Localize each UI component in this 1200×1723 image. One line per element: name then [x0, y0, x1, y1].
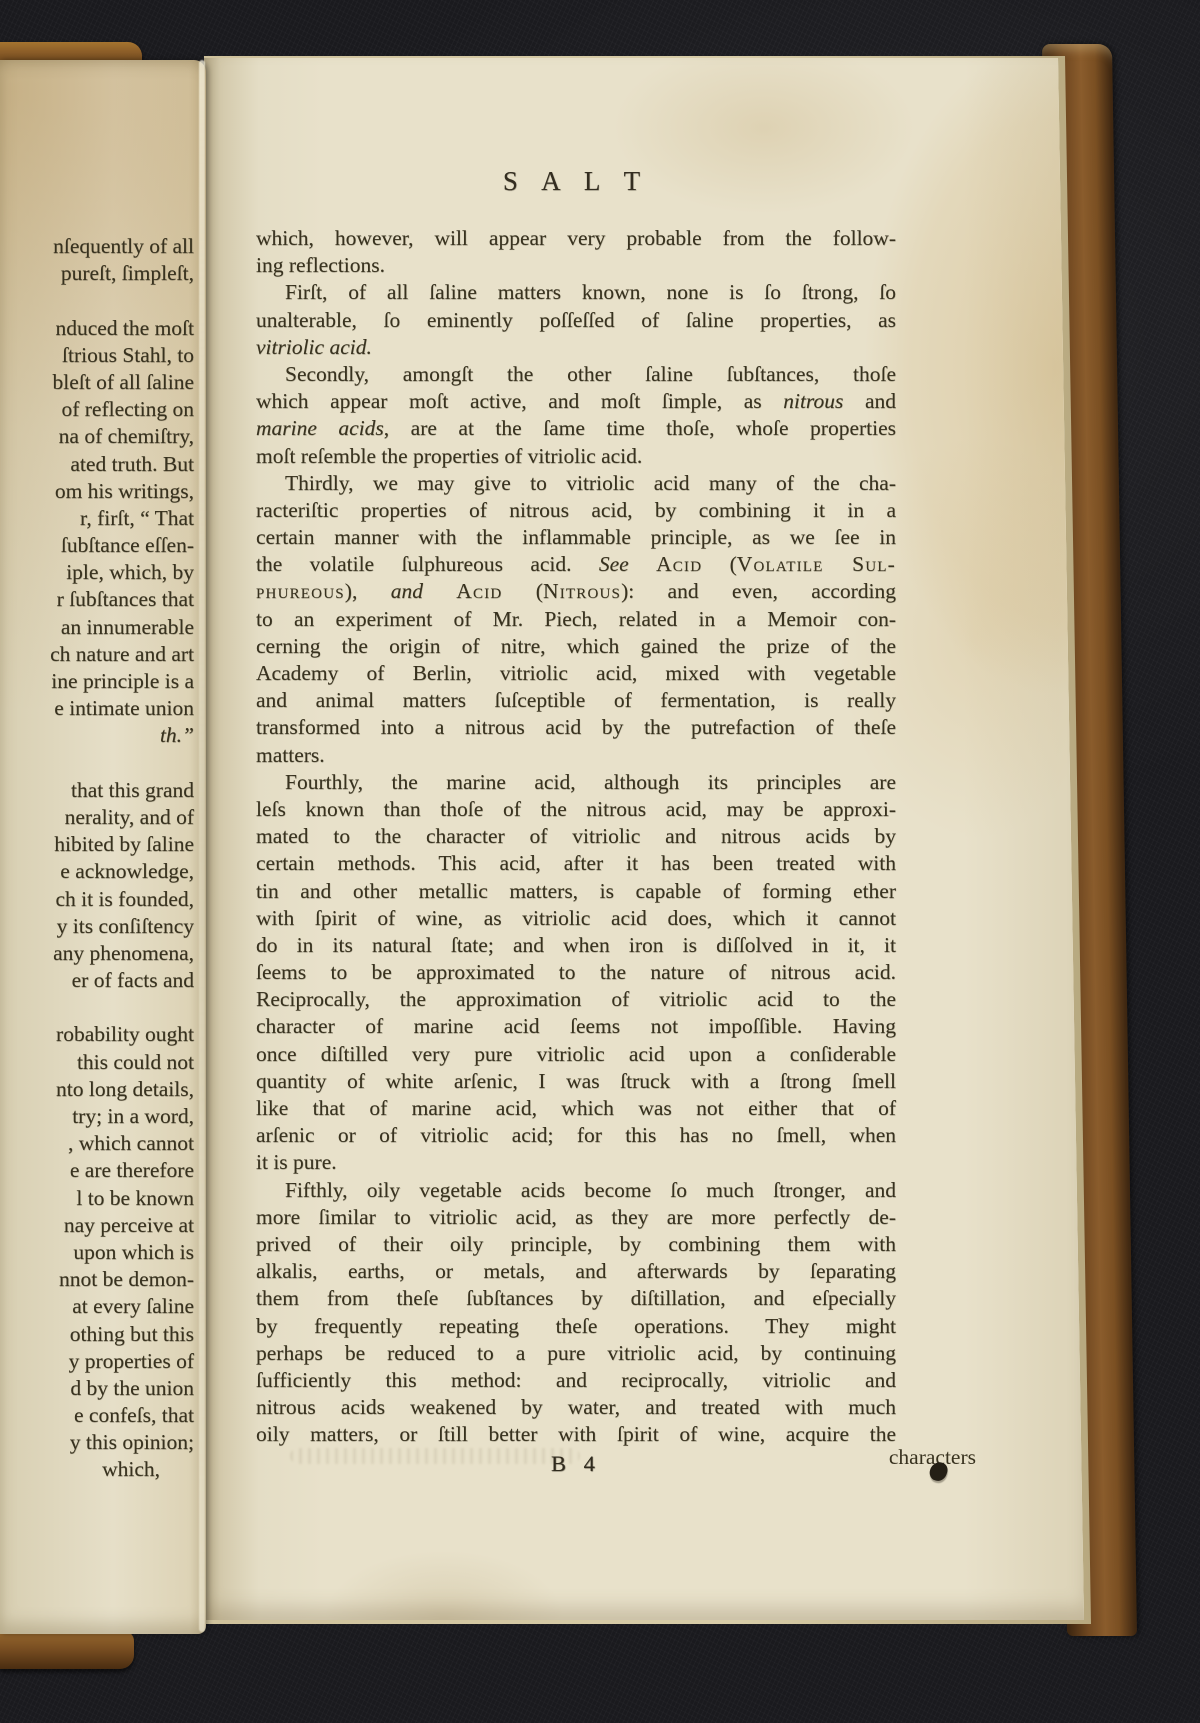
text-line: nduced the moſt	[0, 315, 194, 342]
text-line: ine principle is a	[0, 668, 194, 695]
text-line: certain manner with the inflammable prin…	[256, 524, 896, 551]
text-line: certain methods. This acid, after it has…	[256, 850, 896, 877]
text-line: Reciprocally, the approximation of vitri…	[256, 986, 896, 1013]
gutter-fold-highlight	[199, 60, 205, 1632]
text-line: Thirdly, we may give to vitriolic acid m…	[256, 470, 896, 497]
text-line: na of chemiſtry,	[0, 423, 194, 450]
text-line: leſs known than thoſe of the nitrous aci…	[256, 796, 896, 823]
text-line: y properties of	[0, 1348, 194, 1375]
text-line: oily matters, or ſtill better with ſpiri…	[256, 1421, 896, 1448]
text-line: Academy of Berlin, vitriolic acid, mixed…	[256, 660, 896, 687]
text-line: d by the union	[0, 1375, 194, 1402]
text-line: try; in a word,	[0, 1103, 194, 1130]
text-line: ch it is founded,	[0, 886, 194, 913]
text-line: an innumerable	[0, 614, 194, 641]
text-line: r ſubſtances that	[0, 586, 194, 613]
text-line: e intimate union	[0, 695, 194, 722]
text-line: of reflecting on	[0, 396, 194, 423]
text-line: Fourthly, the marine acid, although its …	[256, 769, 896, 796]
text-line: phureous), and Acid (Nitrous): and even,…	[256, 578, 896, 605]
text-line: th.”	[0, 722, 194, 749]
text-line: which, however, will appear very probabl…	[256, 225, 896, 252]
text-line: , which cannot	[0, 1130, 194, 1157]
right-page-text: which, however, will appear very probabl…	[256, 225, 896, 1448]
text-line: ſeems to be approximated to the nature o…	[256, 959, 896, 986]
text-line: with ſpirit of wine, as vitriolic acid d…	[256, 905, 896, 932]
text-line: Fifthly, oily vegetable acids become ſo …	[256, 1177, 896, 1204]
text-line: iple, which, by	[0, 559, 194, 586]
text-line: bleſt of all ſaline	[0, 369, 194, 396]
text-line: character of marine acid ſeems not impoſ…	[256, 1013, 896, 1040]
text-line: marine acids, are at the ſame time thoſe…	[256, 415, 896, 442]
text-line: that this grand	[0, 777, 194, 804]
text-line: unalterable, ſo eminently poſſeſſed of ſ…	[256, 307, 896, 334]
text-line: this could not	[0, 1049, 194, 1076]
text-line: e acknowledge,	[0, 858, 194, 885]
text-line: nnot be demon-	[0, 1266, 194, 1293]
text-line: racteriſtic properties of nitrous acid, …	[256, 497, 896, 524]
text-line: once diſtilled very pure vitriolic acid …	[256, 1041, 896, 1068]
text-line: upon which is	[0, 1239, 194, 1266]
text-line: e are therefore	[0, 1157, 194, 1184]
text-line: othing but this	[0, 1321, 194, 1348]
book-cover-bottom-left-edge	[0, 1631, 134, 1669]
text-line: vitriolic acid.	[256, 334, 896, 361]
text-line: by frequently repeating theſe operations…	[256, 1313, 896, 1340]
text-line: ſtrious Stahl, to	[0, 342, 194, 369]
left-page: nſequently of allpureſt, ſimpleſt,nduced…	[0, 60, 206, 1634]
text-line: the volatile ſulphureous acid. See Acid …	[256, 551, 896, 578]
blank-line	[0, 750, 194, 777]
text-line: y its conſiſtency	[0, 913, 194, 940]
text-line: pureſt, ſimpleſt,	[0, 260, 194, 287]
text-line: and animal matters ſuſceptible of fermen…	[256, 687, 896, 714]
left-page-text: nſequently of allpureſt, ſimpleſt,nduced…	[0, 233, 194, 1484]
text-line: mated to the character of vitriolic and …	[256, 823, 896, 850]
text-line: perhaps be reduced to a pure vitriolic a…	[256, 1340, 896, 1367]
text-line: nſequently of all	[0, 233, 194, 260]
text-line: r, firſt, “ That	[0, 505, 194, 532]
text-line: to an experiment of Mr. Piech, related i…	[256, 606, 896, 633]
text-line: er of facts and	[0, 967, 194, 994]
text-line: arſenic or of vitriolic acid; for this h…	[256, 1122, 896, 1149]
text-line: nto long details,	[0, 1076, 194, 1103]
text-line: any phenomena,	[0, 940, 194, 967]
book-photograph: S A L T which, however, will appear very…	[0, 0, 1200, 1723]
right-page: S A L T which, however, will appear very…	[204, 58, 1086, 1620]
text-line: ſufficiently this method: and reciprocal…	[256, 1367, 896, 1394]
text-line: them from theſe ſubſtances by diſtillati…	[256, 1285, 896, 1312]
text-line: alkalis, earths, or metals, and afterwar…	[256, 1258, 896, 1285]
text-line: it is pure.	[256, 1149, 896, 1176]
text-line: e confeſs, that	[0, 1402, 194, 1429]
text-line: Secondly, amongſt the other ſaline ſubſt…	[256, 361, 896, 388]
ink-smudge	[290, 1448, 580, 1464]
text-line: Firſt, of all ſaline matters known, none…	[256, 279, 896, 306]
text-line: ſubſtance eſſen-	[0, 532, 194, 559]
text-line: ated truth. But	[0, 451, 194, 478]
text-line: l to be known	[0, 1185, 194, 1212]
text-line: om his writings,	[0, 478, 194, 505]
text-line: nay perceive at	[0, 1212, 194, 1239]
text-line: prived of their oily principle, by combi…	[256, 1231, 896, 1258]
text-line: transformed into a nitrous acid by the p…	[256, 714, 896, 741]
text-line: cerning the origin of nitre, which gaine…	[256, 633, 896, 660]
text-line: do in its natural ſtate; and when iron i…	[256, 932, 896, 959]
blank-line	[0, 287, 194, 314]
text-line: tin and other metallic matters, is capab…	[256, 878, 896, 905]
text-line: ing reflections.	[256, 252, 896, 279]
page-heading: S A L T	[256, 166, 896, 197]
text-line: more ſimilar to vitriolic acid, as they …	[256, 1204, 896, 1231]
text-line: robability ought	[0, 1021, 194, 1048]
text-line: like that of marine acid, which was not …	[256, 1095, 896, 1122]
text-line: y this opinion;	[0, 1429, 194, 1456]
text-line: moſt reſemble the properties of vitrioli…	[256, 443, 896, 470]
blank-line	[0, 994, 194, 1021]
text-line: quantity of white arſenic, I was ſtruck …	[256, 1068, 896, 1095]
text-line: matters.	[256, 742, 896, 769]
text-line: nerality, and of	[0, 804, 194, 831]
text-line: which appear moſt active, and moſt ſimpl…	[256, 388, 896, 415]
left-catchword: which,	[0, 1456, 194, 1483]
text-line: nitrous acids weakened by water, and tre…	[256, 1394, 896, 1421]
text-line: at every ſaline	[0, 1293, 194, 1320]
text-line: ch nature and art	[0, 641, 194, 668]
text-line: hibited by ſaline	[0, 831, 194, 858]
